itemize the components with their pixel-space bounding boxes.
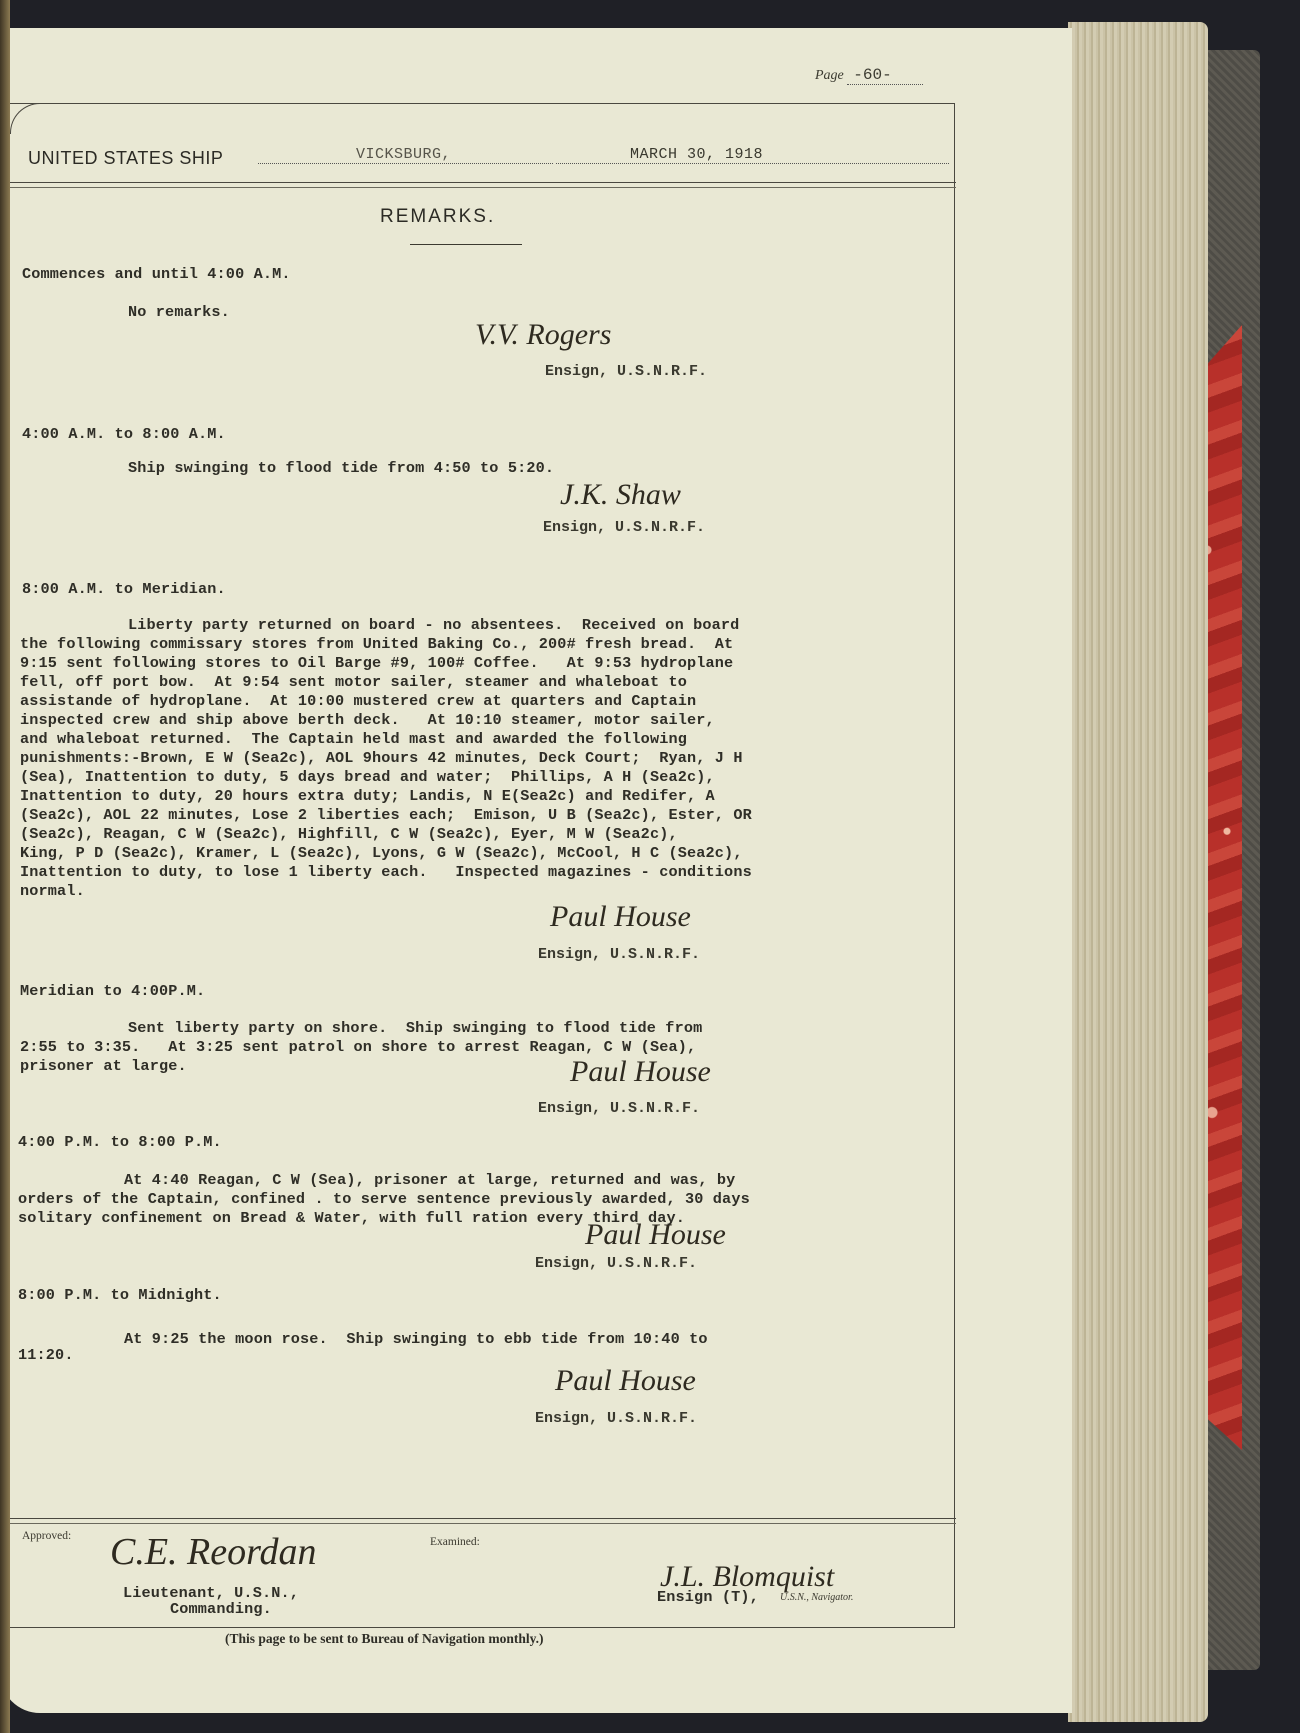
signature: Paul House <box>585 1218 726 1252</box>
log-date: MARCH 30, 1918 <box>556 146 949 164</box>
watch-heading: 4:00 A.M. to 8:00 A.M. <box>22 425 226 444</box>
remark-line: inspected crew and ship above berth deck… <box>20 711 715 730</box>
signer-title: Ensign, U.S.N.R.F. <box>538 1100 700 1117</box>
signature: Paul House <box>555 1364 696 1398</box>
remark-line: At 4:40 Reagan, C W (Sea), prisoner at l… <box>124 1171 735 1190</box>
remark-line: 11:20. <box>18 1346 74 1365</box>
remark-line: and whaleboat returned. The Captain held… <box>20 730 687 749</box>
remark-line: 9:15 sent following stores to Oil Barge … <box>20 654 733 673</box>
watch-heading: 4:00 P.M. to 8:00 P.M. <box>18 1133 222 1152</box>
page-label: Page <box>815 68 844 83</box>
watch-remark: Ship swinging to flood tide from 4:50 to… <box>128 459 554 478</box>
remark-line: assistande of hydroplane. At 10:00 muste… <box>20 692 696 711</box>
remark-line: Inattention to duty, to lose 1 liberty e… <box>20 863 752 882</box>
approved-title-2: Commanding. <box>170 1600 272 1619</box>
signer-title: Ensign, U.S.N.R.F. <box>535 1410 697 1427</box>
approved-label: Approved: <box>22 1530 71 1542</box>
signature: Paul House <box>570 1055 711 1089</box>
examined-label: Examined: <box>430 1536 480 1548</box>
examined-title: Ensign (T), <box>657 1588 759 1607</box>
footer-divider <box>10 1518 956 1524</box>
watch-heading: Meridian to 4:00P.M. <box>20 982 205 1001</box>
page-edges <box>1068 22 1208 1722</box>
remark-line: (Sea), Inattention to duty, 5 days bread… <box>20 768 715 787</box>
signature: J.K. Shaw <box>560 478 681 512</box>
remark-line: normal. <box>20 882 85 901</box>
ship-name: VICKSBURG, <box>258 146 553 164</box>
watch-heading: 8:00 A.M. to Meridian. <box>22 580 226 599</box>
footer-note: (This page to be sent to Bureau of Navig… <box>225 1631 544 1647</box>
signer-title: Ensign, U.S.N.R.F. <box>545 363 707 380</box>
remarks-title: REMARKS. <box>380 206 495 228</box>
remark-line: Inattention to duty, 20 hours extra duty… <box>20 787 715 806</box>
examined-suffix: U.S.N., Navigator. <box>780 1592 853 1603</box>
remark-line: Liberty party returned on board - no abs… <box>128 616 739 635</box>
signer-title: Ensign, U.S.N.R.F. <box>538 946 700 963</box>
ship-label: UNITED STATES SHIP <box>28 148 223 169</box>
page-number: Page -60- <box>815 66 923 85</box>
approved-signature: C.E. Reordan <box>110 1530 317 1574</box>
header-divider <box>10 182 956 188</box>
remark-line: (Sea2c), Reagan, C W (Sea2c), Highfill, … <box>20 825 678 844</box>
remark-line: (Sea2c), AOL 22 minutes, Lose 2 libertie… <box>20 806 752 825</box>
remark-line: the following commissary stores from Uni… <box>20 635 733 654</box>
ship-header: UNITED STATES SHIP VICKSBURG, MARCH 30, … <box>28 146 948 170</box>
remark-line: punishments:-Brown, E W (Sea2c), AOL 9ho… <box>20 749 743 768</box>
watch-heading: 8:00 P.M. to Midnight. <box>18 1286 222 1305</box>
signer-title: Ensign, U.S.N.R.F. <box>543 519 705 536</box>
remark-line: At 9:25 the moon rose. Ship swinging to … <box>124 1330 708 1349</box>
remark-line: orders of the Captain, confined . to ser… <box>18 1190 750 1209</box>
watch-remark: No remarks. <box>128 303 230 322</box>
page-number-value: -60- <box>847 66 923 85</box>
remark-line: prisoner at large. <box>20 1057 187 1076</box>
remark-line: fell, off port bow. At 9:54 sent motor s… <box>20 673 687 692</box>
watch-heading: Commences and until 4:00 A.M. <box>22 265 291 284</box>
title-underline <box>410 244 522 245</box>
remark-line: King, P D (Sea2c), Kramer, L (Sea2c), Ly… <box>20 844 743 863</box>
signature: Paul House <box>550 900 691 934</box>
signer-title: Ensign, U.S.N.R.F. <box>535 1255 697 1272</box>
signature: V.V. Rogers <box>475 318 611 352</box>
remark-line: Sent liberty party on shore. Ship swingi… <box>128 1019 702 1038</box>
binding-shadow <box>0 0 10 1733</box>
